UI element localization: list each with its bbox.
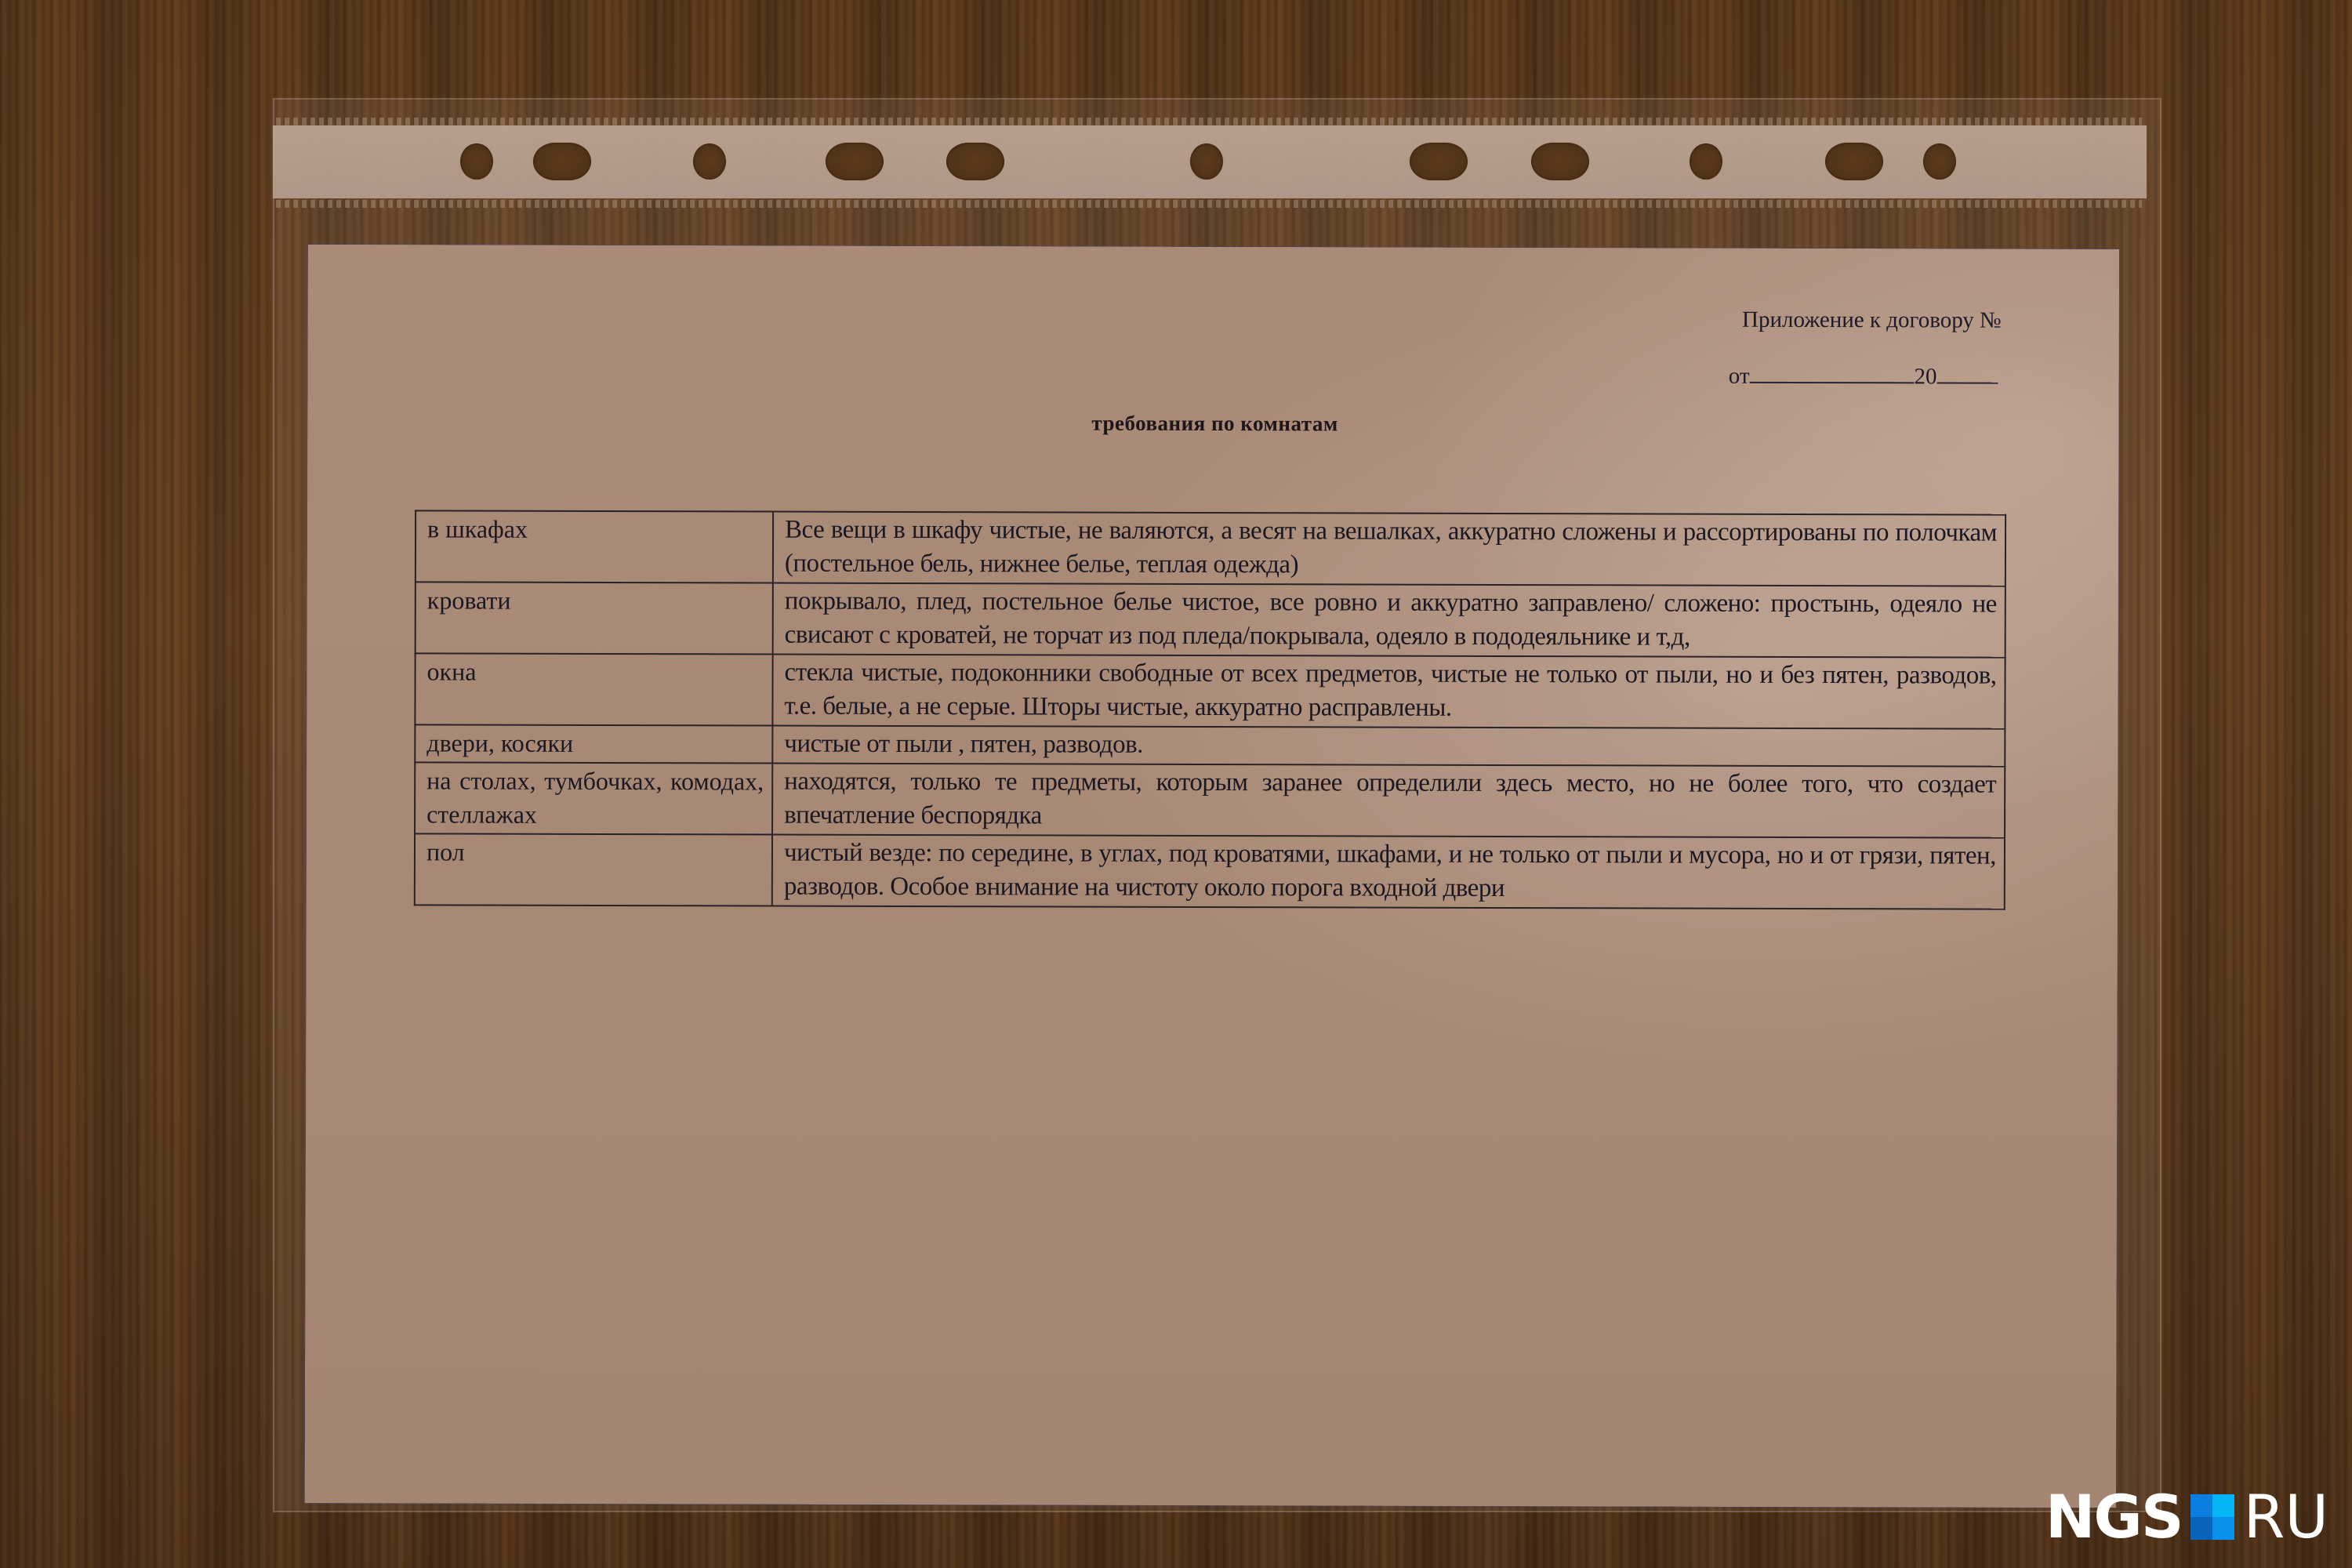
punch-hole-icon: [693, 143, 726, 180]
table-row: окнастекла чистые, подоконники свободные…: [415, 653, 2005, 728]
appendix-header: Приложение к договору № от20: [1688, 307, 2002, 390]
room-cell: на столах, тумбочках, комодах, стеллажах: [415, 762, 772, 834]
document-title: требования по комнатам: [1091, 412, 1338, 437]
requirement-cell: стекла чистые, подоконники свободные от …: [772, 655, 2005, 729]
sleeve-perforation-bottom: [276, 200, 2142, 208]
year-blank: [1937, 361, 1998, 383]
table-row: в шкафахВсе вещи в шкафу чистые, не валя…: [416, 510, 2005, 586]
table-row: двери, косякичистые от пыли , пятен, раз…: [415, 724, 2005, 766]
table-row: кроватипокрывало, плед, постельное белье…: [416, 582, 2005, 657]
punch-hole-icon: [1825, 143, 1883, 180]
table-row: полчистый везде: по середине, в углах, п…: [415, 833, 2005, 909]
date-blank: [1750, 361, 1915, 384]
room-cell: двери, косяки: [415, 724, 772, 763]
punch-hole-icon: [946, 143, 1004, 180]
requirement-cell: чистые от пыли , пятен, разводов.: [772, 726, 2005, 767]
logo-suffix-text: RU: [2244, 1487, 2328, 1547]
appendix-date-line: от20: [1688, 361, 2002, 390]
year-prefix: 20: [1915, 364, 1937, 389]
sleeve-perforation-top: [276, 118, 2142, 125]
ngs-logo: NGS RU: [2045, 1490, 2328, 1544]
punch-hole-icon: [826, 143, 884, 180]
punch-hole-icon: [1923, 143, 1956, 180]
requirement-cell: находятся, только те предметы, которым з…: [772, 764, 2005, 838]
punch-hole-icon: [1690, 143, 1722, 180]
punch-hole-icon: [533, 143, 591, 180]
date-prefix: от: [1729, 364, 1750, 389]
room-cell: в шкафах: [416, 510, 773, 583]
table-row: на столах, тумбочках, комодах, стеллажах…: [415, 762, 2005, 837]
appendix-label: Приложение к договору №: [1688, 307, 2002, 334]
room-cell: окна: [415, 653, 772, 725]
punch-hole-icon: [460, 143, 493, 180]
punch-hole-icon: [1531, 143, 1589, 180]
four-square-logo-icon: [2190, 1494, 2234, 1540]
requirement-cell: покрывало, плед, постельное белье чистое…: [773, 583, 2005, 658]
requirement-cell: чистый везде: по середине, в углах, под …: [772, 835, 2005, 909]
room-requirements-table: в шкафахВсе вещи в шкафу чистые, не валя…: [414, 510, 2006, 909]
room-cell: кровати: [416, 582, 773, 654]
requirement-cell: Все вещи в шкафу чистые, не валяются, а …: [773, 512, 2005, 586]
punch-hole-icon: [1410, 143, 1468, 180]
logo-brand-text: NGS: [2045, 1487, 2183, 1547]
punch-hole-icon: [1190, 143, 1223, 180]
room-cell: пол: [415, 833, 772, 906]
document-page: Приложение к договору № от20 требования …: [305, 245, 2119, 1508]
